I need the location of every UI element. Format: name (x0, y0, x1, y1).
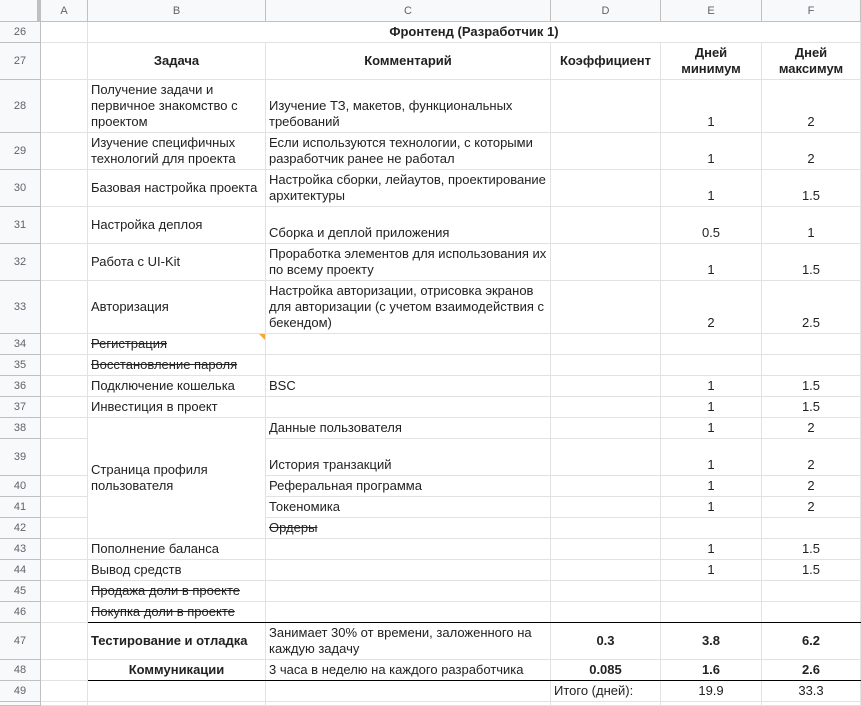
task-cell-text: Регистрация (91, 336, 167, 352)
section-title-text: Фронтенд (Разработчик 1) (389, 24, 558, 40)
row-header-37[interactable]: 37 (0, 397, 41, 418)
header-task[interactable]: Задача (88, 43, 266, 80)
days-max-cell-text: 1.5 (802, 399, 820, 415)
coefficient-cell[interactable] (551, 376, 661, 397)
testing-comment-text: Занимает 30% от времени, заложенного на … (269, 625, 547, 657)
row-header-44[interactable]: 44 (0, 560, 41, 581)
cell-a26[interactable] (41, 22, 88, 43)
comment-cell[interactable]: Сборка и деплой приложения (266, 207, 551, 244)
days-min-cell[interactable]: 1 (661, 244, 762, 281)
testing-days-max-text: 6.2 (802, 633, 820, 649)
comment-cell[interactable] (266, 602, 551, 623)
comment-cell-text: BSC (269, 378, 296, 394)
column-header-b[interactable]: B (88, 0, 266, 22)
total-empty-c[interactable] (266, 681, 551, 702)
days-max-cell[interactable]: 2 (762, 418, 861, 439)
testing-coefficient[interactable]: 0.3 (551, 623, 661, 660)
coefficient-cell[interactable] (551, 497, 661, 518)
comment-cell-text: Настройка авторизации, отрисовка экранов… (269, 283, 547, 331)
task-cell[interactable]: Авторизация (88, 281, 266, 334)
comment-cell[interactable] (266, 334, 551, 355)
days-min-cell-text: 1 (707, 151, 714, 167)
days-max-cell[interactable]: 1.5 (762, 397, 861, 418)
days-max-cell[interactable]: 2 (762, 497, 861, 518)
task-cell[interactable]: Регистрация (88, 334, 266, 355)
row-header-38[interactable]: 38 (0, 418, 41, 439)
days-min-cell[interactable]: 0.5 (661, 207, 762, 244)
header-comment[interactable]: Комментарий (266, 43, 551, 80)
task-cell-text: Авторизация (91, 299, 169, 315)
task-cell-text: Пополнение баланса (91, 541, 219, 557)
days-min-cell[interactable]: 1 (661, 476, 762, 497)
row-header-41[interactable]: 41 (0, 497, 41, 518)
days-min-cell-text: 1 (707, 262, 714, 278)
header-days-min[interactable]: Дней минимум (661, 43, 762, 80)
coefficient-cell[interactable] (551, 334, 661, 355)
comment-cell[interactable]: Настройка авторизации, отрисовка экранов… (266, 281, 551, 334)
days-max-cell-text: 2 (807, 151, 814, 167)
testing-days-min-text: 3.8 (702, 633, 720, 649)
row-header-40[interactable]: 40 (0, 476, 41, 497)
days-min-cell-text: 1 (707, 562, 714, 578)
days-min-cell[interactable] (661, 518, 762, 539)
header-task-text: Задача (154, 53, 199, 69)
days-min-cell[interactable]: 1 (661, 439, 762, 476)
days-max-cell-text: 2 (807, 114, 814, 130)
days-min-cell[interactable]: 2 (661, 281, 762, 334)
coefficient-cell[interactable] (551, 355, 661, 376)
comment-cell[interactable]: Ордеры (266, 518, 551, 539)
coefficient-cell[interactable] (551, 518, 661, 539)
days-min-cell[interactable]: 1 (661, 80, 762, 133)
task-cell-text: Базовая настройка проекта (91, 180, 257, 196)
coefficient-cell[interactable] (551, 560, 661, 581)
coefficient-cell[interactable] (551, 418, 661, 439)
days-min-cell-text: 1 (707, 478, 714, 494)
comment-cell-text: Ордеры (269, 520, 317, 536)
cell-row50[interactable] (551, 702, 661, 706)
row-header-27[interactable]: 27 (0, 43, 41, 80)
comment-cell[interactable] (266, 539, 551, 560)
comment-cell[interactable] (266, 581, 551, 602)
task-cell[interactable]: Подключение кошелька (88, 376, 266, 397)
task-cell[interactable]: Пополнение баланса (88, 539, 266, 560)
task-cell-text: Подключение кошелька (91, 378, 235, 394)
comment-cell-text: Токеномика (269, 499, 340, 515)
communication-days-max-text: 2.6 (802, 662, 820, 678)
testing-comment[interactable]: Занимает 30% от времени, заложенного на … (266, 623, 551, 660)
days-min-cell[interactable]: 1 (661, 133, 762, 170)
task-cell[interactable]: Покупка доли в проекте (88, 602, 266, 623)
days-min-cell[interactable]: 1 (661, 418, 762, 439)
comment-cell-text: История транзакций (269, 457, 391, 473)
communication-days-max[interactable]: 2.6 (762, 660, 861, 681)
row-header-47[interactable]: 47 (0, 623, 41, 660)
days-min-cell-text: 1 (707, 420, 714, 436)
cell-a44[interactable] (41, 560, 88, 581)
task-cell-profile[interactable]: Страница профиля пользователя (88, 418, 266, 539)
days-min-cell-text: 1 (707, 541, 714, 557)
cell-a32[interactable] (41, 244, 88, 281)
task-cell-text: Продажа доли в проекте (91, 583, 240, 599)
comment-cell[interactable] (266, 560, 551, 581)
comment-cell[interactable]: Токеномика (266, 497, 551, 518)
days-min-cell[interactable] (661, 334, 762, 355)
days-max-cell-text: 2.5 (802, 315, 820, 331)
spreadsheet-grid: ABCDEF2627282930313233343536373839404142… (0, 0, 861, 706)
cell-row50[interactable] (762, 702, 861, 706)
comment-cell[interactable]: Настройка сборки, лейаутов, проектирован… (266, 170, 551, 207)
task-cell[interactable]: Вывод средств (88, 560, 266, 581)
comment-cell[interactable]: Если используются технологии, с которыми… (266, 133, 551, 170)
comment-cell-text: Если используются технологии, с которыми… (269, 135, 547, 167)
comment-cell-text: Реферальная программа (269, 478, 422, 494)
comment-cell-text: Проработка элементов для использования и… (269, 246, 547, 278)
days-max-cell[interactable] (762, 518, 861, 539)
testing-days-min[interactable]: 3.8 (661, 623, 762, 660)
comment-cell[interactable]: Проработка элементов для использования и… (266, 244, 551, 281)
communication-comment-text: 3 часа в неделю на каждого разработчика (269, 662, 524, 678)
communication-coefficient[interactable]: 0.085 (551, 660, 661, 681)
days-max-cell-text: 2 (807, 499, 814, 515)
row-header-48[interactable]: 48 (0, 660, 41, 681)
coefficient-cell[interactable] (551, 476, 661, 497)
task-cell-text: Восстановление пароля (91, 357, 237, 373)
cell-a47[interactable] (41, 623, 88, 660)
column-header-a-text: A (60, 5, 67, 17)
column-header-b-text: B (173, 5, 180, 17)
coefficient-cell[interactable] (551, 133, 661, 170)
task-cell[interactable]: Изучение специфичных технологий для прое… (88, 133, 266, 170)
comment-cell[interactable] (266, 397, 551, 418)
days-max-cell[interactable]: 1 (762, 207, 861, 244)
column-header-f[interactable]: F (762, 0, 861, 22)
total-days-min[interactable]: 19.9 (661, 681, 762, 702)
task-cell[interactable]: Работа с UI-Kit (88, 244, 266, 281)
row-header-50[interactable] (0, 702, 41, 706)
column-header-e[interactable]: E (661, 0, 762, 22)
communication-task[interactable]: Коммуникации (88, 660, 266, 681)
header-days-max-text: Дней максимум (774, 45, 848, 77)
days-max-cell[interactable]: 2.5 (762, 281, 861, 334)
days-min-cell[interactable]: 1 (661, 497, 762, 518)
days-min-cell-text: 1 (707, 114, 714, 130)
total-label[interactable]: Итого (дней): (551, 681, 661, 702)
border-above-testing (88, 622, 861, 623)
total-label-text: Итого (дней): (554, 683, 633, 699)
row-header-32[interactable]: 32 (0, 244, 41, 281)
cell-a30[interactable] (41, 170, 88, 207)
days-max-cell[interactable] (762, 334, 861, 355)
cell-a33[interactable] (41, 281, 88, 334)
cell-a49[interactable] (41, 681, 88, 702)
row-header-31[interactable]: 31 (0, 207, 41, 244)
days-max-cell[interactable]: 1.5 (762, 560, 861, 581)
days-max-cell[interactable]: 1.5 (762, 376, 861, 397)
task-cell-text: Вывод средств (91, 562, 182, 578)
task-cell-profile-text: Страница профиля пользователя (91, 462, 262, 494)
cell-a43[interactable] (41, 539, 88, 560)
task-cell[interactable]: Инвестиция в проект (88, 397, 266, 418)
communication-days-min[interactable]: 1.6 (661, 660, 762, 681)
days-max-cell[interactable]: 2 (762, 439, 861, 476)
days-max-cell[interactable]: 2 (762, 476, 861, 497)
cell-a41[interactable] (41, 497, 88, 518)
days-min-cell[interactable]: 1 (661, 397, 762, 418)
header-comment-text: Комментарий (364, 53, 452, 69)
days-min-cell-text: 1 (707, 457, 714, 473)
days-min-cell[interactable] (661, 355, 762, 376)
comment-cell-text: Настройка сборки, лейаутов, проектирован… (269, 172, 547, 204)
column-header-a[interactable]: A (41, 0, 88, 22)
column-header-c-text: C (404, 5, 412, 17)
communication-task-text: Коммуникации (129, 662, 225, 678)
cell-a37[interactable] (41, 397, 88, 418)
select-all-corner[interactable] (0, 0, 41, 22)
coefficient-cell[interactable] (551, 581, 661, 602)
row-header-26[interactable]: 26 (0, 22, 41, 43)
cell-a29[interactable] (41, 133, 88, 170)
cell-a31[interactable] (41, 207, 88, 244)
coefficient-cell[interactable] (551, 602, 661, 623)
days-max-cell[interactable]: 2 (762, 133, 861, 170)
days-min-cell-text: 1 (707, 188, 714, 204)
cell-a39[interactable] (41, 439, 88, 476)
task-cell-text: Работа с UI-Kit (91, 254, 180, 270)
row-header-33[interactable]: 33 (0, 281, 41, 334)
days-max-cell[interactable]: 1.5 (762, 170, 861, 207)
cell-row50[interactable] (41, 702, 88, 706)
days-max-cell[interactable]: 2 (762, 80, 861, 133)
days-max-cell[interactable] (762, 581, 861, 602)
testing-task-text: Тестирование и отладка (91, 633, 247, 649)
comment-cell[interactable]: BSC (266, 376, 551, 397)
days-max-cell[interactable] (762, 355, 861, 376)
task-cell-text: Настройка деплоя (91, 217, 202, 233)
column-header-f-text: F (808, 5, 815, 17)
comment-cell[interactable]: Реферальная программа (266, 476, 551, 497)
coefficient-cell[interactable] (551, 281, 661, 334)
cell-a48[interactable] (41, 660, 88, 681)
task-cell-text: Получение задачи и первичное знакомство … (91, 82, 262, 130)
days-min-cell[interactable]: 1 (661, 560, 762, 581)
days-min-cell-text: 0.5 (702, 225, 720, 241)
coefficient-cell[interactable] (551, 244, 661, 281)
row-header-28[interactable]: 28 (0, 80, 41, 133)
total-days-min-text: 19.9 (698, 683, 723, 699)
total-days-max[interactable]: 33.3 (762, 681, 861, 702)
coefficient-cell[interactable] (551, 397, 661, 418)
cell-a42[interactable] (41, 518, 88, 539)
row-header-42[interactable]: 42 (0, 518, 41, 539)
testing-coefficient-text: 0.3 (596, 633, 614, 649)
comment-cell[interactable]: История транзакций (266, 439, 551, 476)
row-header-36[interactable]: 36 (0, 376, 41, 397)
days-min-cell-text: 1 (707, 378, 714, 394)
days-max-cell-text: 1.5 (802, 378, 820, 394)
communication-coefficient-text: 0.085 (589, 662, 622, 678)
task-cell[interactable]: Продажа доли в проекте (88, 581, 266, 602)
coefficient-cell[interactable] (551, 80, 661, 133)
comment-cell[interactable] (266, 355, 551, 376)
cell-a38[interactable] (41, 418, 88, 439)
days-max-cell-text: 1.5 (802, 541, 820, 557)
row-header-34[interactable]: 34 (0, 334, 41, 355)
cell-a45[interactable] (41, 581, 88, 602)
row-header-45[interactable]: 45 (0, 581, 41, 602)
comment-cell[interactable]: Данные пользователя (266, 418, 551, 439)
days-max-cell-text: 1.5 (802, 188, 820, 204)
border-below-communication (88, 680, 861, 681)
cell-a46[interactable] (41, 602, 88, 623)
task-cell-text: Покупка доли в проекте (91, 604, 235, 620)
days-max-cell-text: 1 (807, 225, 814, 241)
days-max-cell-text: 1.5 (802, 562, 820, 578)
days-min-cell-text: 1 (707, 399, 714, 415)
cell-a28[interactable] (41, 80, 88, 133)
cell-row50[interactable] (266, 702, 551, 706)
cell-a34[interactable] (41, 334, 88, 355)
comment-note-marker[interactable] (259, 334, 265, 340)
section-title[interactable]: Фронтенд (Разработчик 1) (88, 22, 861, 43)
cell-a36[interactable] (41, 376, 88, 397)
header-coefficient[interactable]: Коэффициент (551, 43, 661, 80)
header-days-min-text: Дней минимум (679, 45, 743, 77)
cell-row50[interactable] (661, 702, 762, 706)
task-cell[interactable]: Восстановление пароля (88, 355, 266, 376)
comment-cell-text: Сборка и деплой приложения (269, 225, 449, 241)
days-min-cell[interactable]: 1 (661, 170, 762, 207)
column-header-d-text: D (602, 5, 610, 17)
coefficient-cell[interactable] (551, 170, 661, 207)
task-cell-text: Изучение специфичных технологий для прое… (91, 135, 262, 167)
cell-a27[interactable] (41, 43, 88, 80)
days-min-cell-text: 2 (707, 315, 714, 331)
days-min-cell-text: 1 (707, 499, 714, 515)
row-header-30[interactable]: 30 (0, 170, 41, 207)
row-header-43[interactable]: 43 (0, 539, 41, 560)
task-cell[interactable]: Настройка деплоя (88, 207, 266, 244)
comment-cell[interactable]: Изучение ТЗ, макетов, функциональных тре… (266, 80, 551, 133)
days-max-cell[interactable]: 1.5 (762, 539, 861, 560)
task-cell[interactable]: Получение задачи и первичное знакомство … (88, 80, 266, 133)
testing-days-max[interactable]: 6.2 (762, 623, 861, 660)
days-min-cell[interactable]: 1 (661, 539, 762, 560)
days-min-cell[interactable]: 1 (661, 376, 762, 397)
header-days-max[interactable]: Дней максимум (762, 43, 861, 80)
coefficient-cell[interactable] (551, 539, 661, 560)
days-max-cell-text: 2 (807, 420, 814, 436)
coefficient-cell[interactable] (551, 439, 661, 476)
task-cell-text: Инвестиция в проект (91, 399, 218, 415)
days-min-cell[interactable] (661, 602, 762, 623)
days-max-cell-text: 1.5 (802, 262, 820, 278)
total-empty-b[interactable] (88, 681, 266, 702)
comment-cell-text: Изучение ТЗ, макетов, функциональных тре… (269, 98, 547, 130)
row-header-35[interactable]: 35 (0, 355, 41, 376)
days-min-cell[interactable] (661, 581, 762, 602)
cell-a35[interactable] (41, 355, 88, 376)
row-header-39[interactable]: 39 (0, 439, 41, 476)
days-max-cell[interactable]: 1.5 (762, 244, 861, 281)
communication-comment[interactable]: 3 часа в неделю на каждого разработчика (266, 660, 551, 681)
column-header-e-text: E (707, 5, 714, 17)
header-coefficient-text: Коэффициент (560, 53, 651, 69)
cell-row50[interactable] (88, 702, 266, 706)
days-max-cell[interactable] (762, 602, 861, 623)
cell-a40[interactable] (41, 476, 88, 497)
days-max-cell-text: 2 (807, 478, 814, 494)
task-cell[interactable]: Базовая настройка проекта (88, 170, 266, 207)
total-days-max-text: 33.3 (798, 683, 823, 699)
comment-cell-text: Данные пользователя (269, 420, 402, 436)
testing-task[interactable]: Тестирование и отладка (88, 623, 266, 660)
row-header-29[interactable]: 29 (0, 133, 41, 170)
coefficient-cell[interactable] (551, 207, 661, 244)
communication-days-min-text: 1.6 (702, 662, 720, 678)
row-header-49[interactable]: 49 (0, 681, 41, 702)
column-header-c[interactable]: C (266, 0, 551, 22)
row-header-46[interactable]: 46 (0, 602, 41, 623)
column-header-d[interactable]: D (551, 0, 661, 22)
days-max-cell-text: 2 (807, 457, 814, 473)
